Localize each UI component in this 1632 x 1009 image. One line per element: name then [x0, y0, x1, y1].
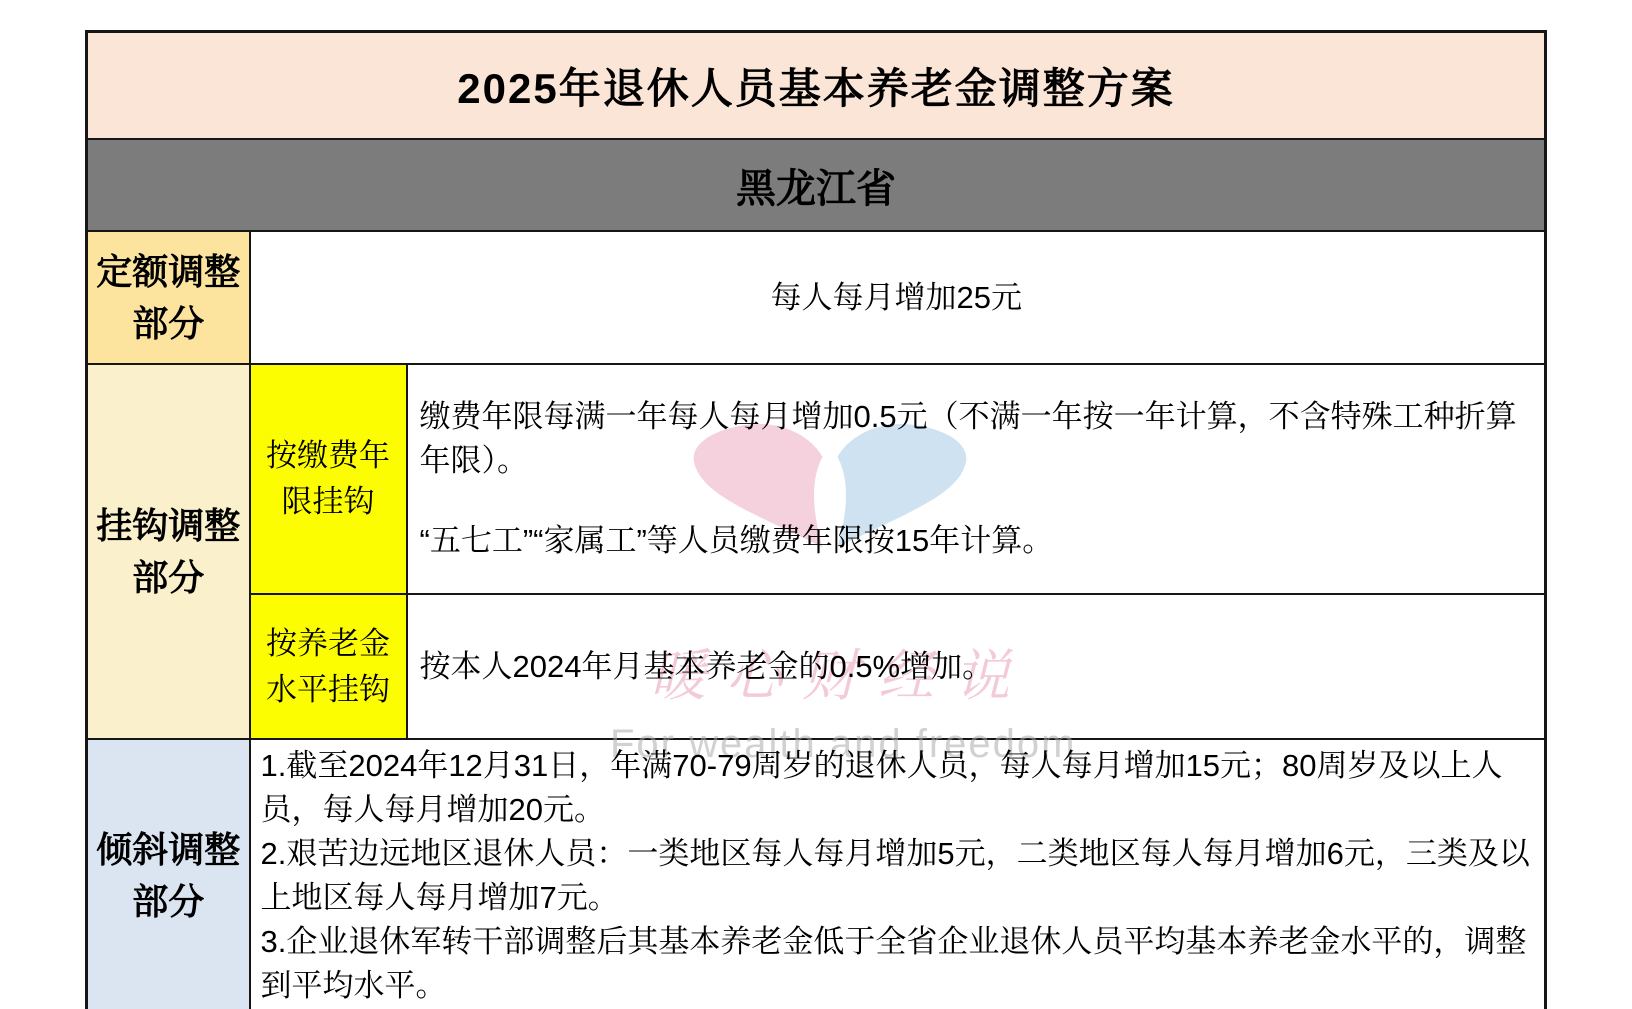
- linked-by-level-content-cell: 按本人2024年月基本养老金的0.5%增加。: [407, 594, 1546, 739]
- tilt-adjustment-label: 倾斜调整部分: [94, 824, 243, 928]
- province-cell: 黑龙江省: [87, 139, 1546, 231]
- tilt-adjustment-label-cell: 倾斜调整部分: [87, 739, 250, 1009]
- linked-adjustment-row-level: 按养老金水平挂钩 按本人2024年月基本养老金的0.5%增加。: [87, 594, 1546, 739]
- tilt-item-age: 1.截至2024年12月31日，年满70-79周岁的退休人员，每人每月增加15元…: [261, 744, 1531, 832]
- linked-by-level-label-cell: 按养老金水平挂钩: [250, 594, 407, 739]
- linked-adjustment-label-cell: 挂钩调整部分: [87, 364, 250, 739]
- linked-adjustment-row-years: 挂钩调整部分 按缴费年限挂钩 缴费年限每满一年每人每月增加0.5元（不满一年按一…: [87, 364, 1546, 594]
- tilt-adjustment-content-cell: 1.截至2024年12月31日，年满70-79周岁的退休人员，每人每月增加15元…: [250, 739, 1546, 1009]
- fixed-adjustment-row: 定额调整部分 每人每月增加25元: [87, 231, 1546, 364]
- pension-adjustment-page: 2025年退休人员基本养老金调整方案 黑龙江省 定额调整部分 每人每月增加25元…: [0, 0, 1632, 1009]
- linked-by-level-label: 按养老金水平挂钩: [259, 621, 398, 713]
- fixed-adjustment-label-cell: 定额调整部分: [87, 231, 250, 364]
- linked-by-years-paragraph-1: 缴费年限每满一年每人每月增加0.5元（不满一年按一年计算，不含特殊工种折算年限）…: [420, 395, 1531, 483]
- linked-by-years-content-cell: 缴费年限每满一年每人每月增加0.5元（不满一年按一年计算，不含特殊工种折算年限）…: [407, 364, 1546, 594]
- linked-by-level-paragraph: 按本人2024年月基本养老金的0.5%增加。: [420, 645, 1531, 689]
- linked-by-years-paragraph-2: “五七工”“家属工”等人员缴费年限按15年计算。: [420, 519, 1531, 563]
- province-name: 黑龙江省: [736, 157, 896, 214]
- tilt-item-veterans: 3.企业退休军转干部调整后其基本养老金低于全省企业退休人员平均基本养老金水平的，…: [261, 920, 1531, 1008]
- table-title-cell: 2025年退休人员基本养老金调整方案: [87, 32, 1546, 140]
- fixed-adjustment-label: 定额调整部分: [94, 246, 243, 350]
- table-title: 2025年退休人员基本养老金调整方案: [457, 56, 1174, 116]
- fixed-adjustment-content: 每人每月增加25元: [263, 276, 1531, 320]
- tilt-item-remote-area: 2.艰苦边远地区退休人员：一类地区每人每月增加5元，二类地区每人每月增加6元，三…: [261, 832, 1531, 920]
- pension-adjustment-table: 2025年退休人员基本养老金调整方案 黑龙江省 定额调整部分 每人每月增加25元…: [85, 30, 1547, 1009]
- linked-by-years-label: 按缴费年限挂钩: [259, 433, 398, 525]
- tilt-adjustment-row: 倾斜调整部分 1.截至2024年12月31日，年满70-79周岁的退休人员，每人…: [87, 739, 1546, 1009]
- linked-adjustment-label: 挂钩调整部分: [94, 500, 243, 604]
- linked-by-years-label-cell: 按缴费年限挂钩: [250, 364, 407, 594]
- province-row: 黑龙江省: [87, 139, 1546, 231]
- fixed-adjustment-content-cell: 每人每月增加25元: [250, 231, 1546, 364]
- title-row: 2025年退休人员基本养老金调整方案: [87, 32, 1546, 140]
